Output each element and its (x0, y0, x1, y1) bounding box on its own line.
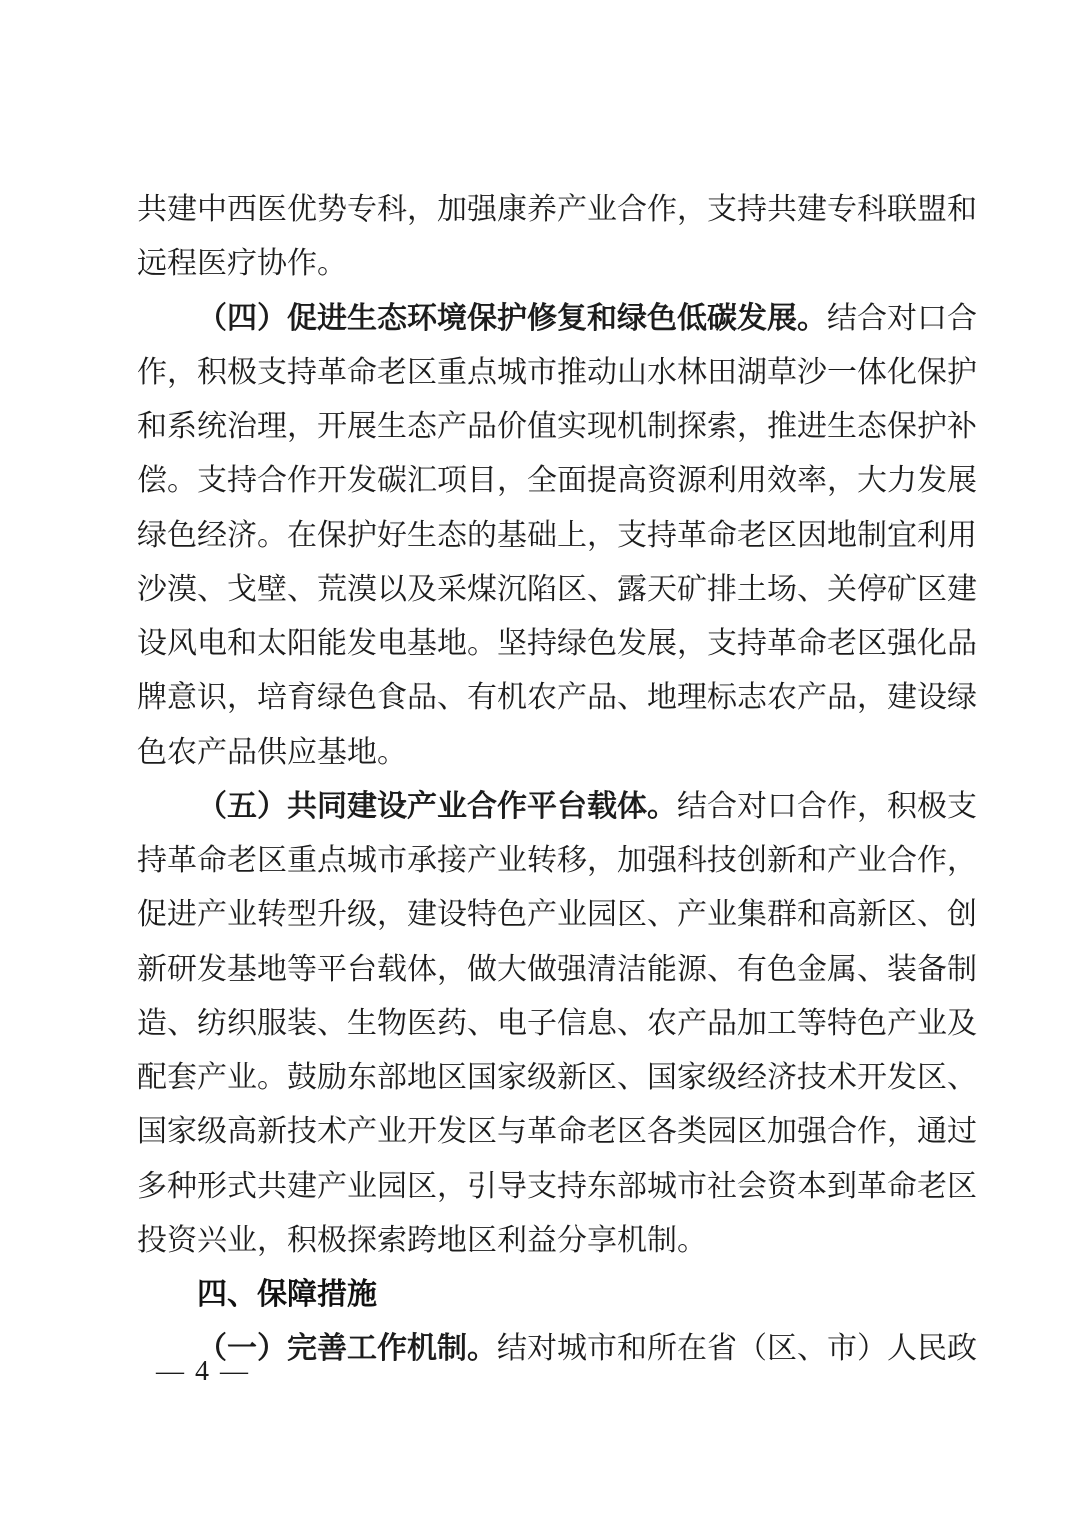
text-line: 设风电和太阳能发电基地。坚持绿色发展，支持革命老区强化品 (137, 617, 977, 671)
text-line: 多种形式共建产业园区，引导支持东部城市社会资本到革命老区 (137, 1160, 977, 1214)
text-run: 配套产业。鼓励东部地区国家级新区、国家级经济技术开发区、 (137, 1061, 977, 1094)
text-line: （一）完善工作机制。结对城市和所在省（区、市）人民政 (137, 1322, 977, 1376)
text-run: 结合对口合作，积极支 (677, 790, 977, 823)
text-run: 作，积极支持革命老区重点城市推动山水林田湖草沙一体化保护 (137, 356, 977, 389)
text-line: 远程医疗协作。 (137, 237, 977, 291)
text-line: 造、纺织服装、生物医药、电子信息、农产品加工等特色产业及 (137, 997, 977, 1051)
text-run: 新研发基地等平台载体，做大做强清洁能源、有色金属、装备制 (137, 953, 977, 986)
text-line: 绿色经济。在保护好生态的基础上，支持革命老区因地制宜利用 (137, 509, 977, 563)
text-line: 促进产业转型升级，建设特色产业园区、产业集群和高新区、创 (137, 888, 977, 942)
text-run: 促进产业转型升级，建设特色产业园区、产业集群和高新区、创 (137, 898, 977, 931)
text-run: 投资兴业，积极探索跨地区利益分享机制。 (137, 1224, 707, 1257)
text-line: 共建中西医优势专科，加强康养产业合作，支持共建专科联盟和 (137, 183, 977, 237)
text-line: 偿。支持合作开发碳汇项目，全面提高资源利用效率，大力发展 (137, 454, 977, 508)
text-run: 设风电和太阳能发电基地。坚持绿色发展，支持革命老区强化品 (137, 627, 977, 660)
text-run: 偿。支持合作开发碳汇项目，全面提高资源利用效率，大力发展 (137, 464, 977, 497)
text-line: 持革命老区重点城市承接产业转移，加强科技创新和产业合作， (137, 834, 977, 888)
text-run: 多种形式共建产业园区，引导支持东部城市社会资本到革命老区 (137, 1170, 977, 1203)
document-page: 共建中西医优势专科，加强康养产业合作，支持共建专科联盟和远程医疗协作。（四）促进… (0, 0, 1080, 1527)
section-heading: 四、保障措施 (137, 1268, 977, 1322)
text-line: 牌意识，培育绿色食品、有机农产品、地理标志农产品，建设绿 (137, 671, 977, 725)
text-run: 牌意识，培育绿色食品、有机农产品、地理标志农产品，建设绿 (137, 681, 977, 714)
emphasized-text-run: （五）共同建设产业合作平台载体。 (197, 790, 677, 823)
emphasized-text-run: （四）促进生态环境保护修复和绿色低碳发展。 (197, 302, 827, 335)
text-line: 色农产品供应基地。 (137, 726, 977, 780)
text-run: 国家级高新技术产业开发区与革命老区各类园区加强合作，通过 (137, 1115, 977, 1148)
text-run: 结合对口合 (827, 302, 977, 335)
text-run: 共建中西医优势专科，加强康养产业合作，支持共建专科联盟和 (137, 193, 977, 226)
text-line: 配套产业。鼓励东部地区国家级新区、国家级经济技术开发区、 (137, 1051, 977, 1105)
text-run: 持革命老区重点城市承接产业转移，加强科技创新和产业合作， (137, 844, 977, 877)
text-line: 沙漠、戈壁、荒漠以及采煤沉陷区、露天矿排土场、关停矿区建 (137, 563, 977, 617)
text-line: 国家级高新技术产业开发区与革命老区各类园区加强合作，通过 (137, 1105, 977, 1159)
text-run: 色农产品供应基地。 (137, 736, 407, 769)
emphasized-text-run: 四、保障措施 (197, 1278, 377, 1311)
text-run: 和系统治理，开展生态产品价值实现机制探索，推进生态保护补 (137, 410, 977, 443)
text-line: （四）促进生态环境保护修复和绿色低碳发展。结合对口合 (137, 292, 977, 346)
text-run: 造、纺织服装、生物医药、电子信息、农产品加工等特色产业及 (137, 1007, 977, 1040)
document-lines: 共建中西医优势专科，加强康养产业合作，支持共建专科联盟和远程医疗协作。（四）促进… (137, 183, 977, 1377)
text-line: 新研发基地等平台载体，做大做强清洁能源、有色金属、装备制 (137, 943, 977, 997)
text-line: 和系统治理，开展生态产品价值实现机制探索，推进生态保护补 (137, 400, 977, 454)
text-line: （五）共同建设产业合作平台载体。结合对口合作，积极支 (137, 780, 977, 834)
text-line: 作，积极支持革命老区重点城市推动山水林田湖草沙一体化保护 (137, 346, 977, 400)
text-run: 绿色经济。在保护好生态的基础上，支持革命老区因地制宜利用 (137, 519, 977, 552)
page-number: — 4 — (156, 1352, 250, 1392)
text-run: 结对城市和所在省（区、市）人民政 (497, 1332, 977, 1365)
text-run: 远程医疗协作。 (137, 247, 347, 280)
text-line: 投资兴业，积极探索跨地区利益分享机制。 (137, 1214, 977, 1268)
text-run: 沙漠、戈壁、荒漠以及采煤沉陷区、露天矿排土场、关停矿区建 (137, 573, 977, 606)
